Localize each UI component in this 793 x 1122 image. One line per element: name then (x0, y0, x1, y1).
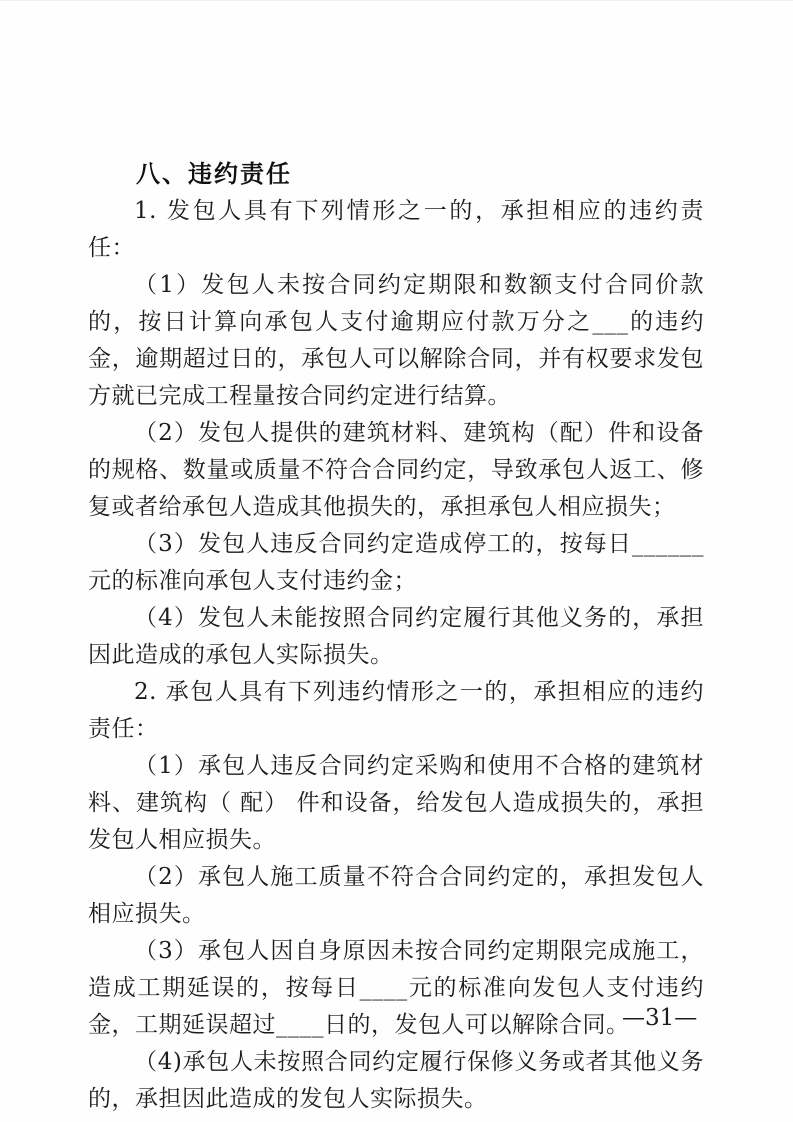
clause-1-item-3: （3）发包人违反合同约定造成停工的，按每日______元的标准向承包人支付违约金… (88, 526, 704, 600)
page-number: —31— (622, 1005, 697, 1031)
clause-2-intro: 2. 承包人具有下列违约情形之一的，承担相应的违约责任： (88, 674, 704, 748)
clause-1-intro: 1. 发包人具有下列情形之一的，承担相应的违约责任： (88, 193, 704, 267)
clause-2-item-3: （3）承包人因自身原因未按合同约定期限完成施工，造成工期延误的，按每日____元… (88, 933, 704, 1044)
clause-2-item-1: （1）承包人违反合同约定采购和使用不合格的建筑材料、建筑构（ 配） 件和设备，给… (88, 748, 704, 859)
document-body: 八、违约责任 1. 发包人具有下列情形之一的，承担相应的违约责任： （1）发包人… (88, 156, 704, 1118)
document-page: 八、违约责任 1. 发包人具有下列情形之一的，承担相应的违约责任： （1）发包人… (0, 0, 793, 1122)
clause-1-item-4: （4）发包人未能按照合同约定履行其他义务的，承担因此造成的承包人实际损失。 (88, 600, 704, 674)
section-heading: 八、违约责任 (88, 156, 704, 193)
clause-1-item-2: （2）发包人提供的建筑材料、建筑构（配）件和设备的规格、数量或质量不符合合同约定… (88, 415, 704, 526)
clause-2-item-2: （2）承包人施工质量不符合合同约定的，承担发包人相应损失。 (88, 859, 704, 933)
clause-2-item-4: （4)承包人未按照合同约定履行保修义务或者其他义务的，承担因此造成的发包人实际损… (88, 1044, 704, 1118)
clause-1-item-1: （1）发包人未按合同约定期限和数额支付合同价款的，按日计算向承包人支付逾期应付款… (88, 267, 704, 415)
